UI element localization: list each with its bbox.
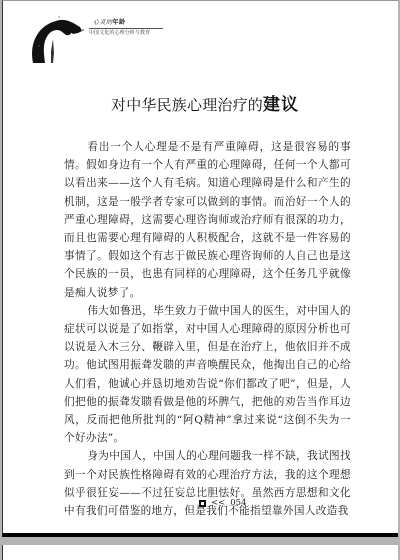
book-title: 心灵的年龄 — [89, 19, 169, 27]
book-subtitle: 中国文化的心理分析与教育 — [89, 30, 169, 37]
body-text: 看出一个人心理是不是有严重障碍，这是很容易的事情。假如身边有一个人有严重的心理障… — [64, 138, 351, 520]
next-page-edge — [2, 545, 398, 560]
page-number: 054 — [230, 498, 246, 508]
paragraph: 身为中国人，中国人的心理问题我一样不缺，我试图找到一个对民族性格障碍有效的心理治… — [64, 447, 351, 520]
brush-stroke-logo-icon — [23, 13, 85, 63]
running-header: 心灵的年龄 中国文化的心理分析与教育 — [89, 19, 169, 37]
page-prefix: << — [211, 498, 225, 508]
chapter-title: 对中华民族心理治疗的建议 — [111, 90, 299, 115]
square-bullet-icon — [199, 500, 206, 507]
paragraph: 看出一个人心理是不是有严重障碍，这是很容易的事情。假如身边有一个人有严重的心理障… — [64, 138, 351, 302]
document-viewport: 心灵的年龄 中国文化的心理分析与教育 对中华民族心理治疗的建议 看出一个人心理是… — [0, 0, 400, 560]
book-title-emphasis: 年龄 — [113, 19, 126, 26]
chapter-title-emphasis: 建议 — [263, 95, 299, 115]
chapter-title-main: 对中华民族心理治疗的 — [111, 96, 263, 114]
book-title-prefix: 心灵的 — [93, 19, 113, 26]
book-page: 心灵的年龄 中国文化的心理分析与教育 对中华民族心理治疗的建议 看出一个人心理是… — [2, 0, 398, 537]
header-rule — [89, 28, 163, 29]
paragraph: 伟大如鲁迅，毕生致力于做中国人的医生，对中国人的症状可以说是了如指掌，对中国人心… — [64, 302, 351, 448]
page-footer: << 054 — [199, 498, 246, 508]
